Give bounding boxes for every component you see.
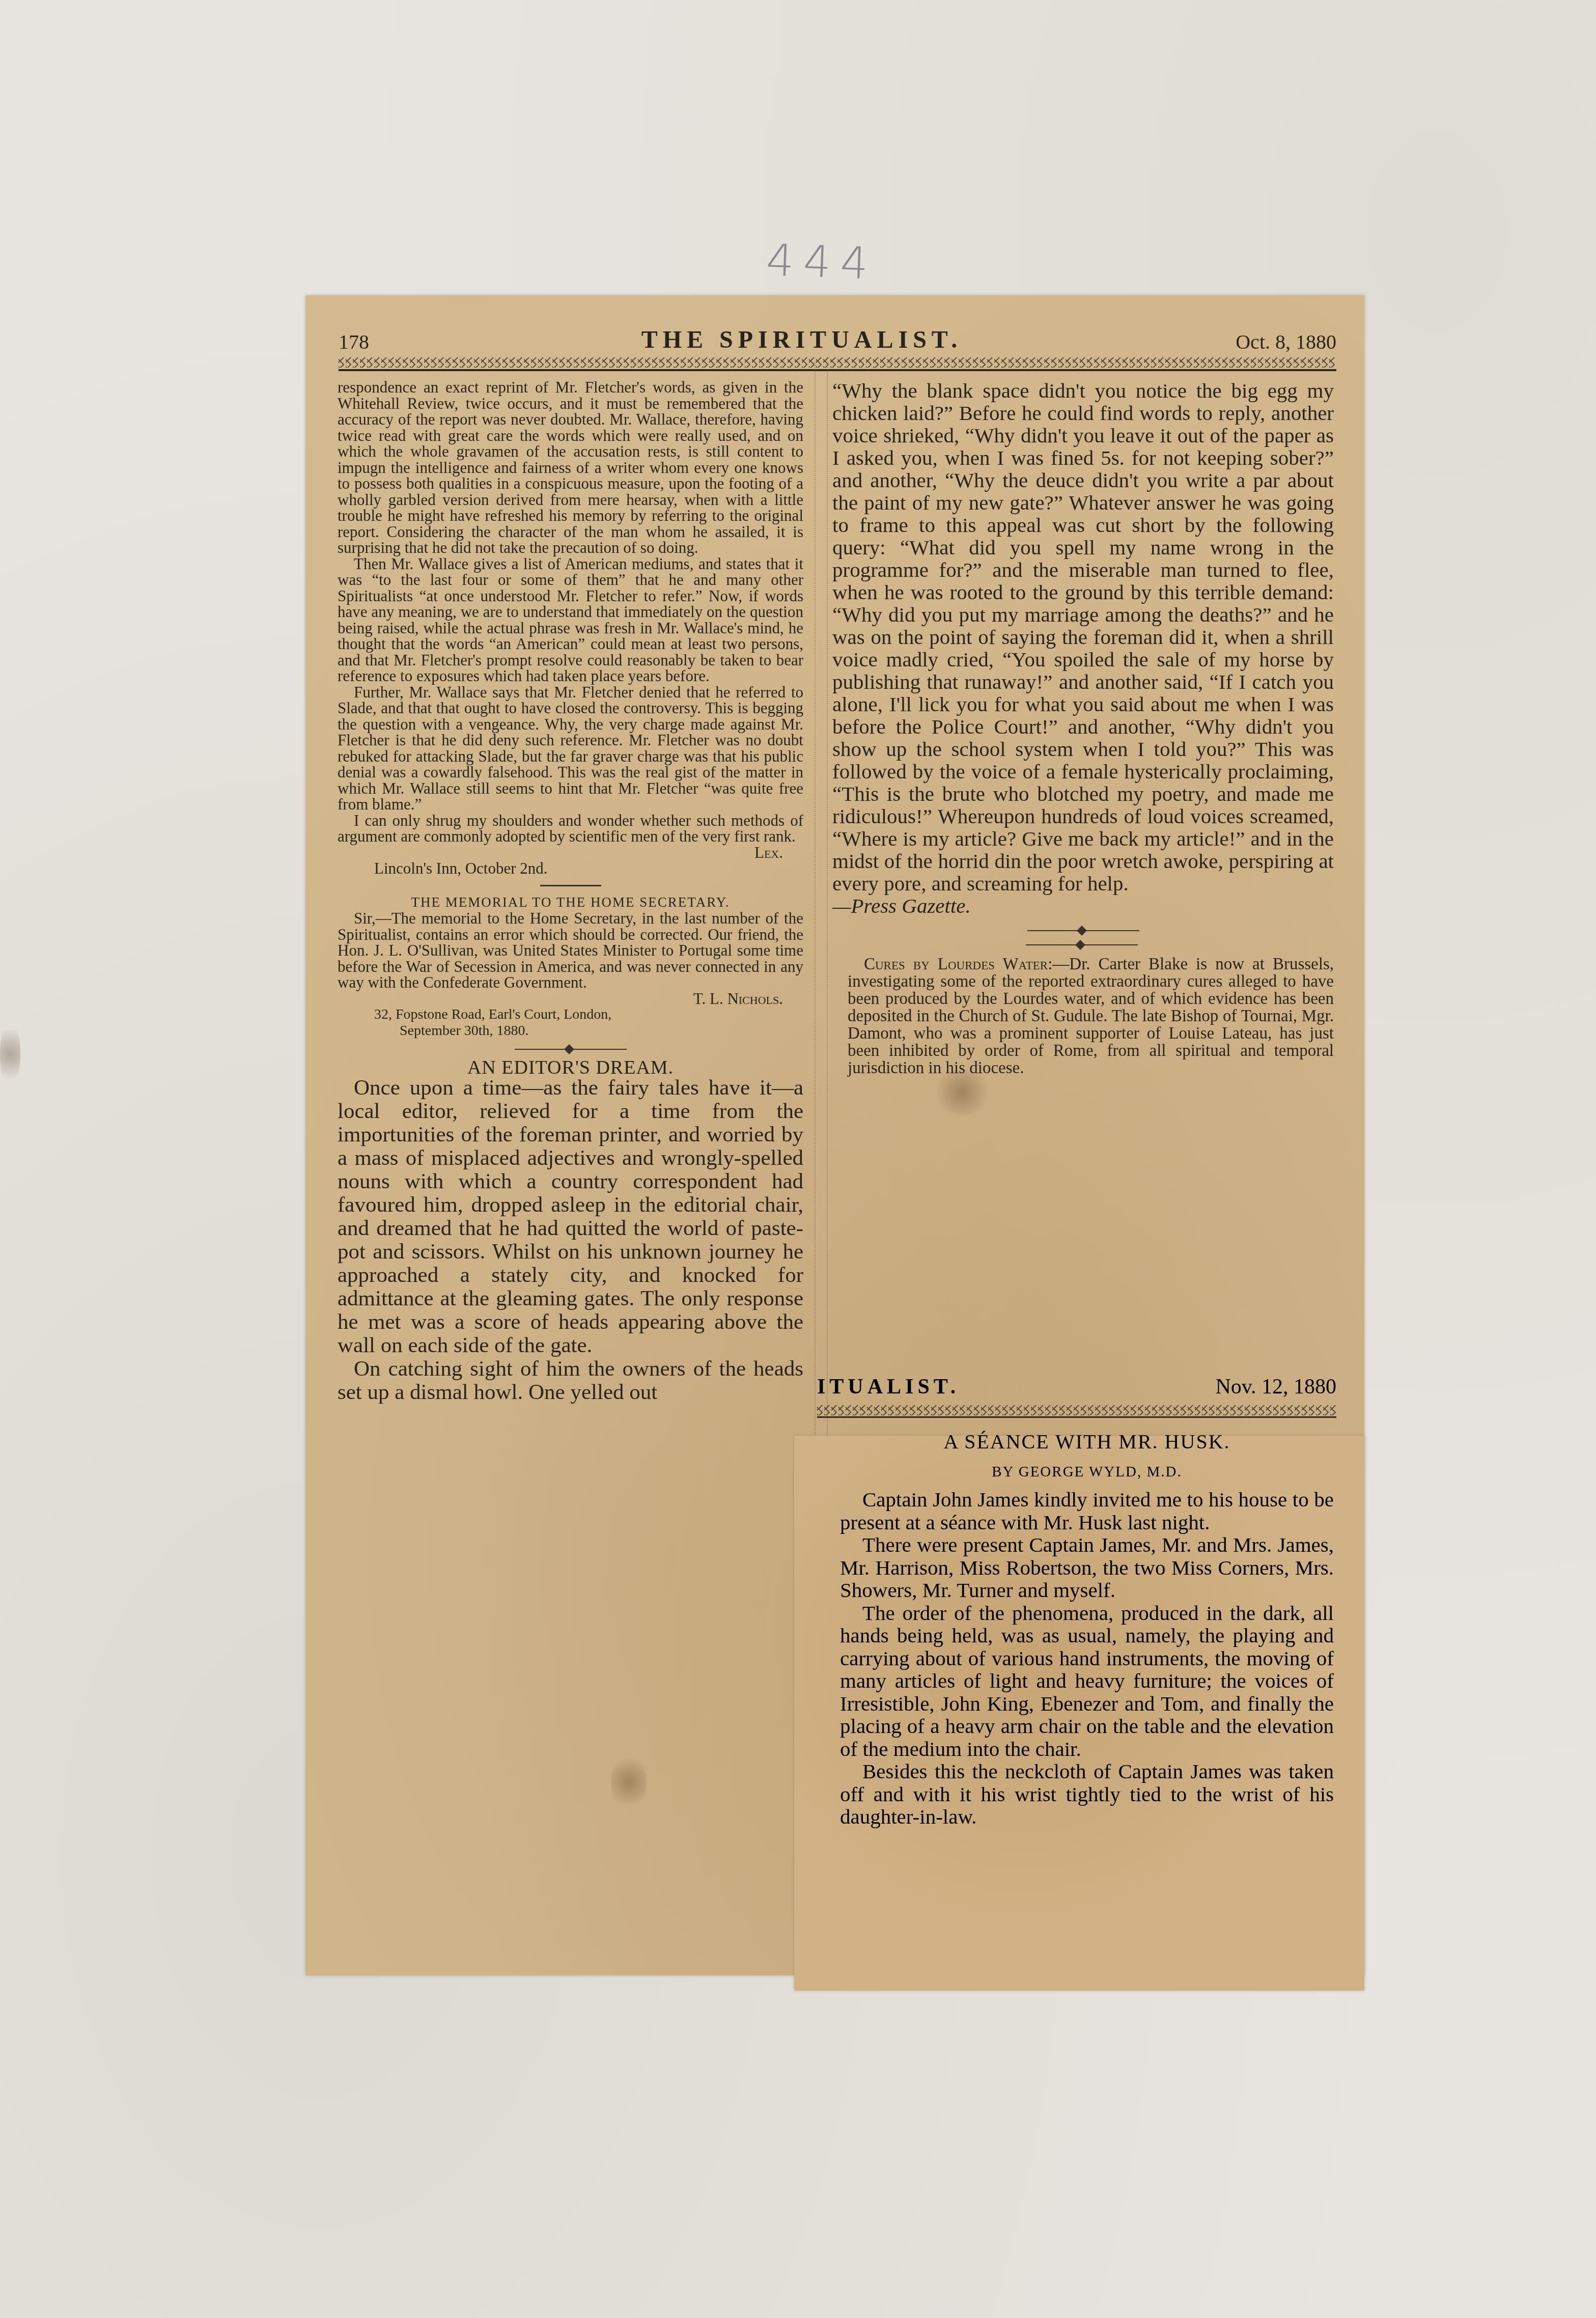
memorial-signoff: T. L. Nichols. (338, 991, 803, 1007)
section-divider (540, 885, 601, 886)
memorial-heading: THE MEMORIAL TO THE HOME SECRETARY. (338, 895, 803, 911)
lourdes-body: :—Dr. Carter Blake is now at Brussels, i… (848, 955, 1334, 1077)
lex-paragraph: Then Mr. Wallace gives a list of America… (338, 556, 803, 684)
zigzag-rule (817, 1405, 1336, 1415)
second-issue-date: Nov. 12, 1880 (1215, 1375, 1336, 1399)
zigzag-rule (339, 357, 1336, 368)
page-number: 178 (339, 330, 400, 354)
dream-body: Once upon a time—as the fairy tales have… (338, 1076, 803, 1404)
right-column: “Why the blank space didn't you notice t… (832, 379, 1334, 1077)
seance-paragraph: The order of the phenomena, produced in … (840, 1602, 1334, 1761)
dream-continued: “Why the blank space didn't you notice t… (832, 379, 1334, 895)
lourdes-paragraph: Cures by Lourdes Water:—Dr. Carter Blake… (832, 956, 1334, 1077)
seance-byline: BY GEORGE WYLD, M.D. (840, 1461, 1334, 1484)
dream-paragraph: Once upon a time—as the fairy tales have… (338, 1076, 803, 1357)
header-rule (339, 369, 1336, 371)
memorial-signature: T. L. Nichols. (693, 991, 803, 1007)
second-masthead: ITUALIST. Nov. 12, 1880 (817, 1375, 1336, 1399)
header-rule (817, 1416, 1336, 1418)
memorial-date: September 30th, 1880. (338, 1023, 803, 1039)
dream-source-text: —Press Gazette. (832, 894, 971, 917)
masthead: 178 THE SPIRITUALIST. Oct. 8, 1880 (339, 308, 1336, 354)
lex-paragraph: respondence an exact reprint of Mr. Flet… (338, 379, 803, 556)
lex-paragraph: Further, Mr. Wallace says that Mr. Fletc… (338, 684, 803, 813)
second-masthead-fragment: ITUALIST. (817, 1375, 960, 1399)
lourdes-lead: Cures by Lourdes Water (864, 955, 1048, 973)
memorial-address: 32, Fopstone Road, Earl's Court, London, (338, 1007, 803, 1023)
seance-heading: A SÉANCE WITH MR. HUSK. (840, 1431, 1334, 1454)
memorial-body: Sir,—The memorial to the Home Secretary,… (338, 910, 803, 991)
diamond-ornament-divider (1026, 941, 1138, 948)
lex-paragraph: I can only shrug my shoulders and wonder… (338, 813, 803, 845)
seance-paragraph: There were present Captain James, Mr. an… (840, 1533, 1334, 1602)
pencil-page-number: 444 (765, 235, 878, 290)
dream-paragraph: On catching sight of him the owners of t… (338, 1357, 803, 1404)
newspaper-title: THE SPIRITUALIST. (641, 326, 963, 354)
issue-date: Oct. 8, 1880 (1204, 330, 1336, 354)
dream-source: —Press Gazette. (832, 895, 1334, 917)
lex-signoff: Lex. (338, 845, 803, 861)
seance-paragraph: Besides this the neckcloth of Captain Ja… (840, 1760, 1334, 1828)
lex-signature: Lex. (754, 845, 803, 861)
lex-dateline: Lincoln's Inn, October 2nd. (338, 860, 803, 877)
seance-article: A SÉANCE WITH MR. HUSK. BY GEORGE WYLD, … (840, 1431, 1334, 1828)
seance-paragraph: Captain John James kindly invited me to … (840, 1488, 1334, 1533)
diamond-ornament-divider (515, 1046, 627, 1053)
dream-heading: AN EDITOR'S DREAM. (338, 1060, 803, 1076)
diamond-ornament-divider (1027, 927, 1139, 934)
left-column: respondence an exact reprint of Mr. Flet… (338, 379, 803, 1404)
